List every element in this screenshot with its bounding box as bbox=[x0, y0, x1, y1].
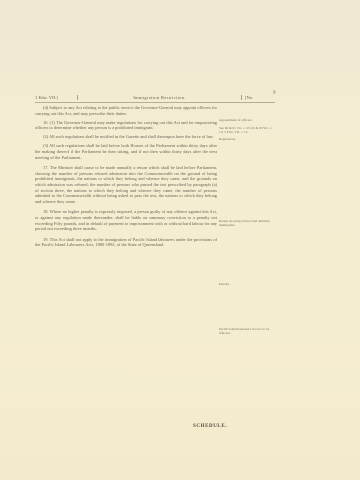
act-number: [No. bbox=[241, 95, 275, 100]
marginal-note: See 60 & 61 Vic. c. 23; 62 & 63 Vic. c. … bbox=[219, 126, 274, 134]
paragraph-16-1: 16. (1) The Governor-General may make re… bbox=[35, 120, 217, 131]
marginal-note: Penalty. bbox=[219, 282, 274, 286]
body-text: (d) Subject to any Act relating to the p… bbox=[35, 105, 217, 251]
header-title: Immigration Restriction. bbox=[78, 95, 241, 100]
marginal-note: Appointment of officers. bbox=[219, 118, 274, 122]
paragraph-19: 19. This Act shall not apply to the immi… bbox=[35, 237, 217, 248]
marginal-note: Pacific Island labourers Act not to be a… bbox=[219, 327, 274, 335]
marginal-note: Regulations. bbox=[219, 137, 274, 141]
marginal-note: Return showing refused and admitted immi… bbox=[219, 219, 274, 227]
page-number: 9 bbox=[273, 91, 276, 96]
act-reference: 1 Edw. VII.] bbox=[35, 95, 78, 100]
scanned-page: 1 Edw. VII.] Immigration Restriction. [N… bbox=[0, 0, 360, 480]
schedule-heading: SCHEDULE. bbox=[193, 424, 227, 429]
paragraph-15d: (d) Subject to any Act relating to the p… bbox=[35, 105, 217, 116]
paragraph-17: 17. The Minister shall cause to be made … bbox=[35, 165, 217, 204]
paragraph-16-3: (3) All such regulations shall be laid b… bbox=[35, 143, 217, 160]
paragraph-16-2: (2) All such regulations shall be notifi… bbox=[35, 134, 217, 140]
running-header: 1 Edw. VII.] Immigration Restriction. [N… bbox=[35, 92, 275, 103]
paragraph-18: 18. Where no higher penalty is expressly… bbox=[35, 209, 217, 231]
